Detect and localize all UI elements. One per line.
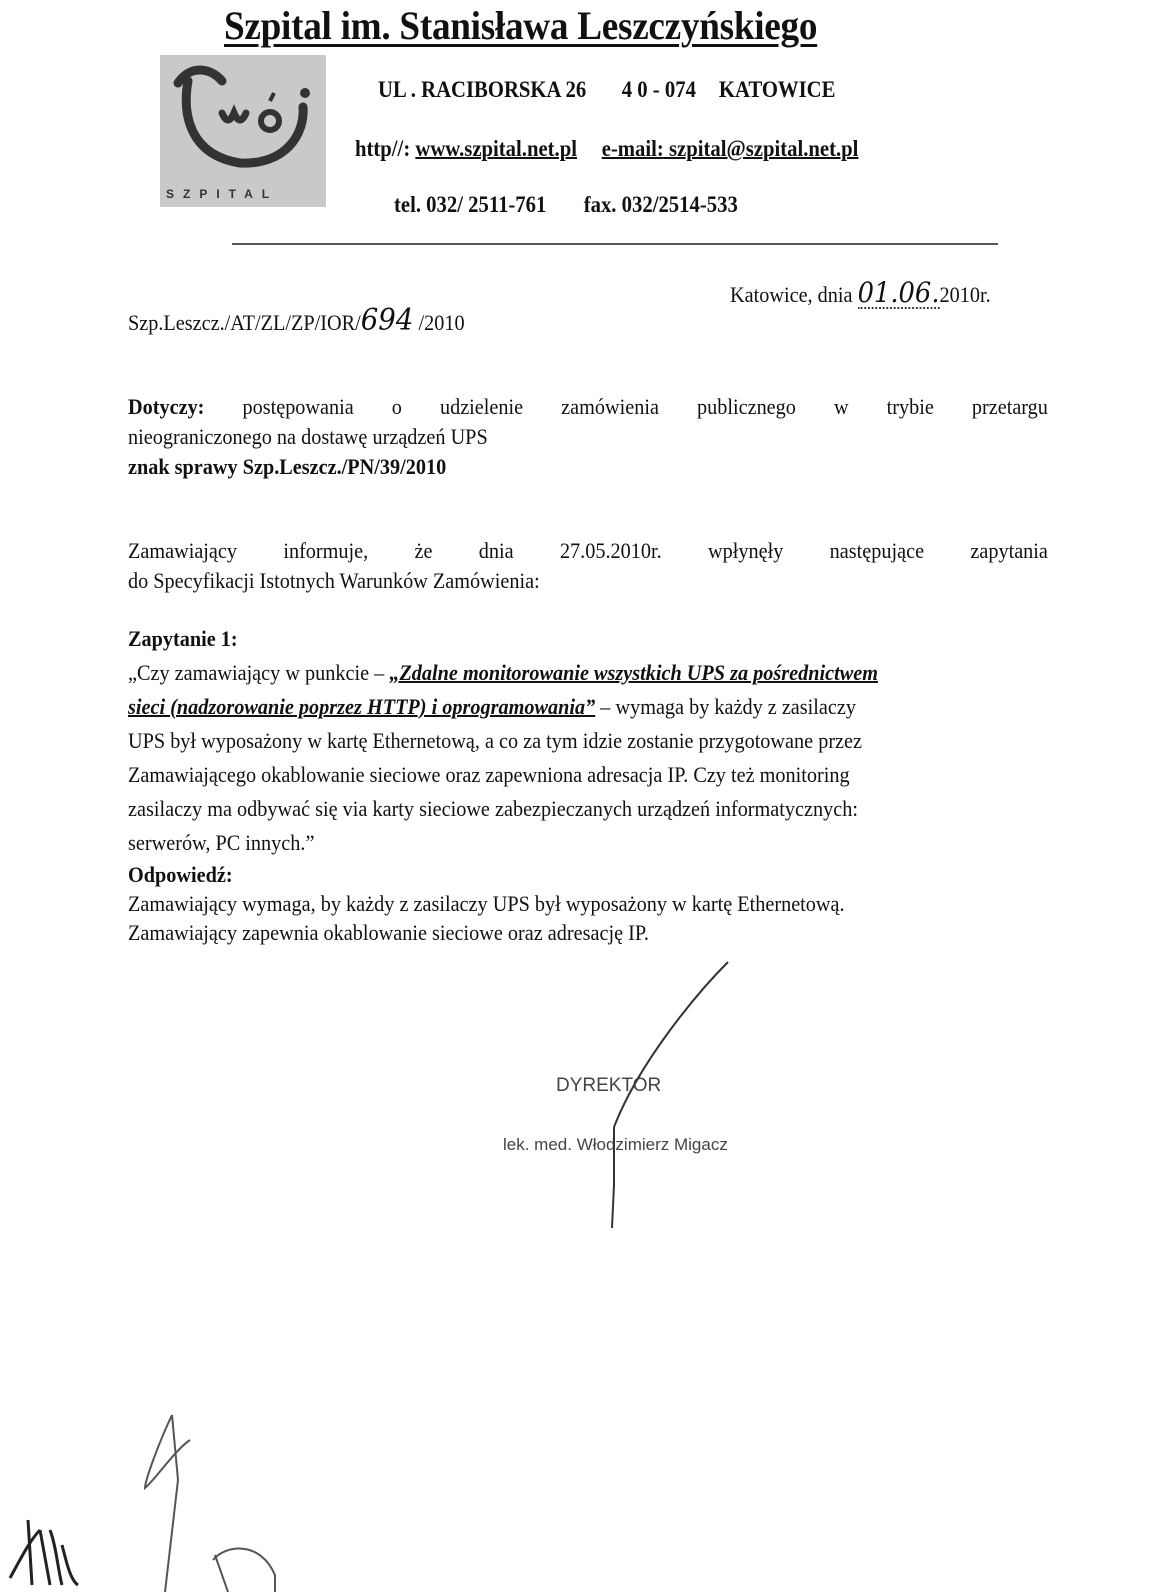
initials-signature-icon <box>10 1520 78 1585</box>
director-signature-icon <box>612 962 728 1228</box>
paraph-signature-icon <box>145 1415 275 1592</box>
handwritten-signatures <box>0 0 1173 1592</box>
